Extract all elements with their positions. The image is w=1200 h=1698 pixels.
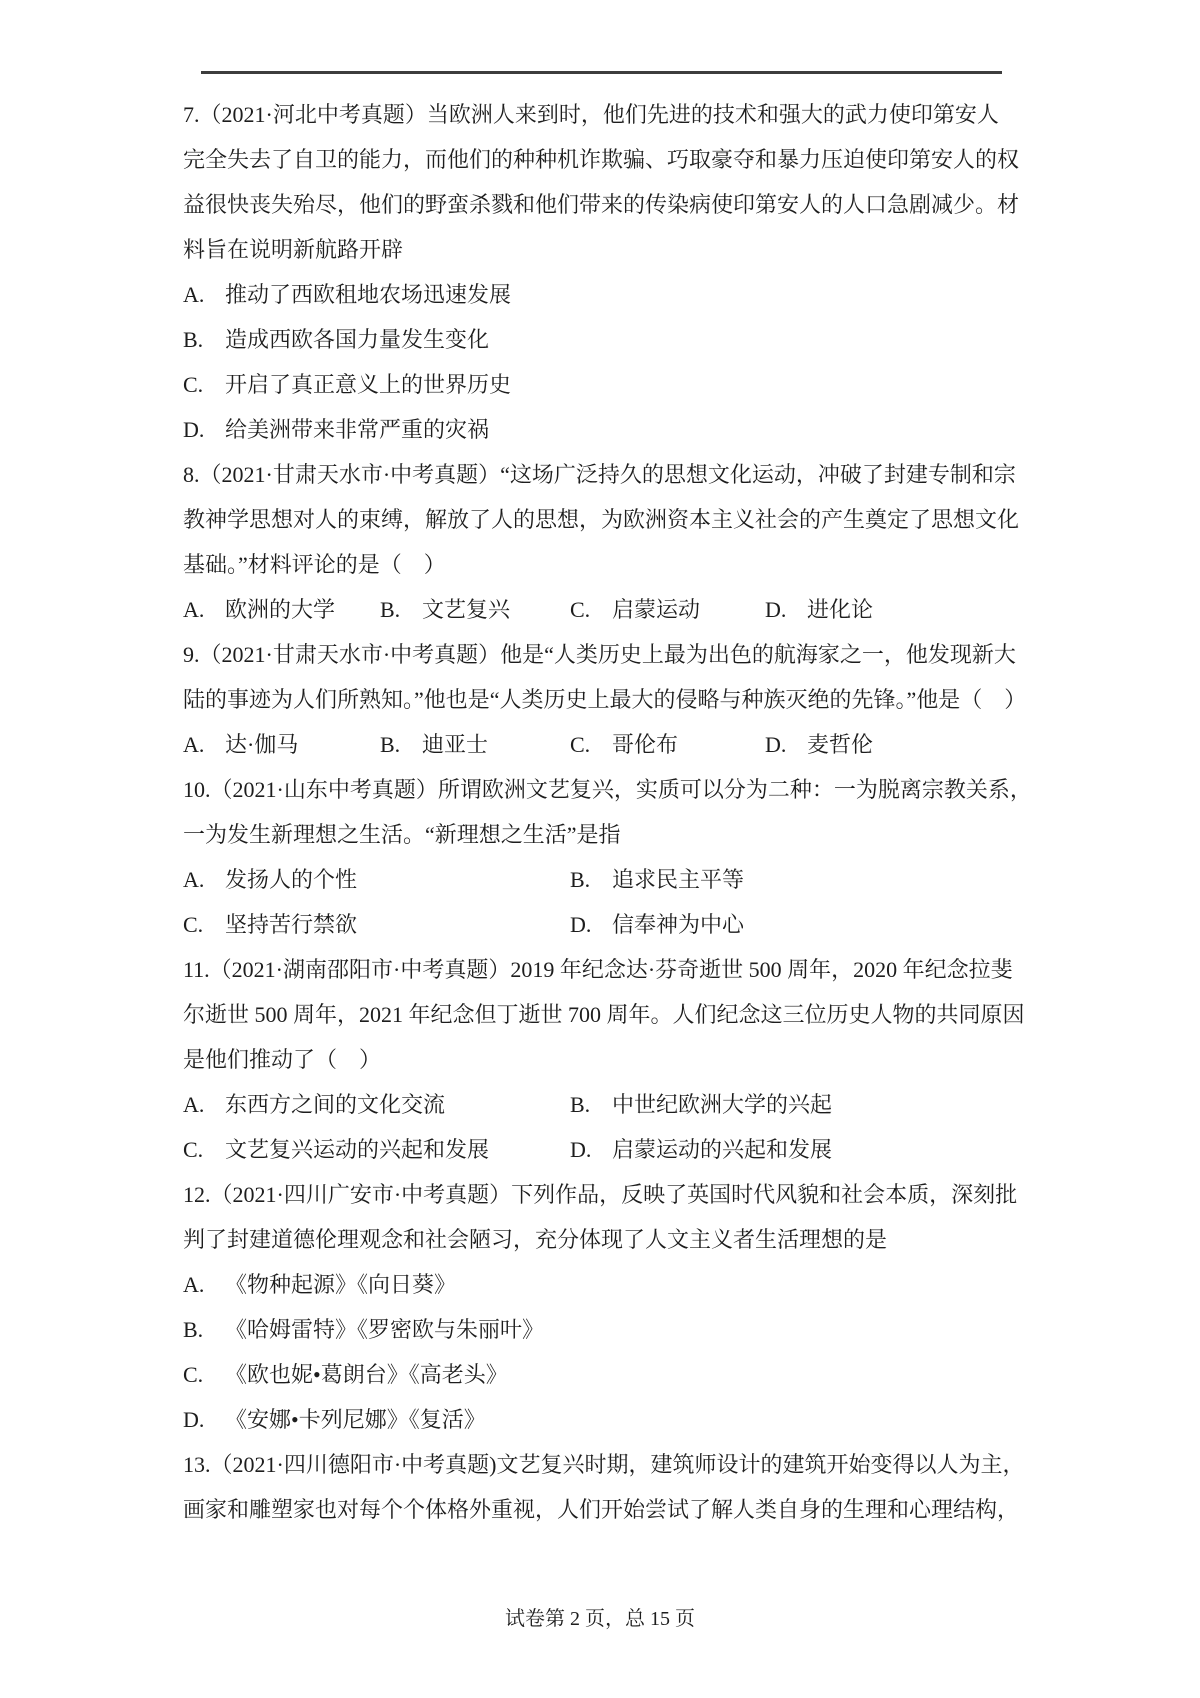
question-stem-line: 一为发生新理想之生活。“新理想之生活”是指	[183, 812, 1019, 857]
option-text: 《欧也妮•葛朗台》《高老头》	[225, 1362, 508, 1387]
question-stem-line: 11.（2021·湖南邵阳市·中考真题）2019 年纪念达·芬奇逝世 500 周…	[183, 947, 1019, 992]
option-label: D.	[570, 902, 612, 947]
option-text: 开启了真正意义上的世界历史	[225, 372, 511, 397]
option-label: D.	[570, 1127, 612, 1172]
option-text: 给美洲带来非常严重的灾祸	[225, 417, 489, 442]
option-c: C.开启了真正意义上的世界历史	[183, 362, 1019, 407]
question-stem-line: 是他们推动了（ ）	[183, 1037, 1019, 1082]
option-text: 中世纪欧洲大学的兴起	[612, 1092, 832, 1117]
option-d: D.给美洲带来非常严重的灾祸	[183, 407, 1019, 452]
option-b: B.中世纪欧洲大学的兴起	[570, 1082, 1019, 1127]
option-a: A.推动了西欧租地农场迅速发展	[183, 272, 1019, 317]
question-7: 7.（2021·河北中考真题）当欧洲人来到时，他们先进的技术和强大的武力使印第安…	[183, 92, 1019, 452]
question-stem-line: 13.（2021·四川德阳市·中考真题)文艺复兴时期，建筑师设计的建筑开始变得以…	[183, 1442, 1019, 1487]
option-label: B.	[183, 1307, 225, 1352]
option-c: C.《欧也妮•葛朗台》《高老头》	[183, 1352, 1019, 1397]
option-text: 文艺复兴	[422, 597, 510, 622]
option-label: D.	[765, 587, 807, 632]
option-label: B.	[380, 722, 422, 767]
question-stem-line: 8.（2021·甘肃天水市·中考真题）“这场广泛持久的思想文化运动，冲破了封建专…	[183, 452, 1019, 497]
question-11: 11.（2021·湖南邵阳市·中考真题）2019 年纪念达·芬奇逝世 500 周…	[183, 947, 1019, 1172]
option-c: C.文艺复兴运动的兴起和发展	[183, 1127, 570, 1172]
option-text: 推动了西欧租地农场迅速发展	[225, 282, 511, 307]
question-12: 12.（2021·四川广安市·中考真题）下列作品，反映了英国时代风貌和社会本质，…	[183, 1172, 1019, 1442]
option-label: C.	[183, 1127, 225, 1172]
question-stem-line: 完全失去了自卫的能力，而他们的种种机诈欺骗、巧取豪夺和暴力压迫使印第安人的权	[183, 137, 1019, 182]
option-text: 启蒙运动	[612, 597, 700, 622]
option-text: 坚持苦行禁欲	[225, 912, 357, 937]
header-rule	[201, 71, 1002, 74]
question-stem-line: 益很快丧失殆尽，他们的野蛮杀戮和他们带来的传染病使印第安人的人口急剧减少。材	[183, 182, 1019, 227]
option-label: A.	[183, 722, 225, 767]
question-stem-line: 基础。”材料评论的是（ ）	[183, 542, 1019, 587]
option-label: B.	[183, 317, 225, 362]
option-text: 信奉神为中心	[612, 912, 744, 937]
option-b: B.迪亚士	[380, 722, 570, 767]
options-row: A.欧洲的大学 B.文艺复兴 C.启蒙运动 D.进化论	[183, 587, 1019, 632]
question-10: 10.（2021·山东中考真题）所谓欧洲文艺复兴，实质可以分为二种：一为脱离宗教…	[183, 767, 1019, 947]
option-d: D.《安娜•卡列尼娜》《复活》	[183, 1397, 1019, 1442]
option-text: 追求民主平等	[612, 867, 744, 892]
option-b: B.追求民主平等	[570, 857, 1019, 902]
option-d: D.进化论	[765, 587, 1019, 632]
option-d: D.信奉神为中心	[570, 902, 1019, 947]
option-text: 启蒙运动的兴起和发展	[612, 1137, 832, 1162]
option-label: B.	[570, 857, 612, 902]
question-stem-line: 尔逝世 500 周年，2021 年纪念但丁逝世 700 周年。人们纪念这三位历史…	[183, 992, 1019, 1037]
option-b: B.造成西欧各国力量发生变化	[183, 317, 1019, 362]
question-stem-line: 陆的事迹为人们所熟知。”他也是“人类历史上最大的侵略与种族灭绝的先锋。”他是（ …	[183, 677, 1019, 722]
options-row: A.达·伽马 B.迪亚士 C.哥伦布 D.麦哲伦	[183, 722, 1019, 767]
option-text: 达·伽马	[225, 732, 298, 757]
option-text: 麦哲伦	[807, 732, 873, 757]
option-label: B.	[570, 1082, 612, 1127]
page-footer: 试卷第 2 页，总 15 页	[0, 1597, 1200, 1642]
option-b: B.《哈姆雷特》《罗密欧与朱丽叶》	[183, 1307, 1019, 1352]
question-stem-line: 10.（2021·山东中考真题）所谓欧洲文艺复兴，实质可以分为二种：一为脱离宗教…	[183, 767, 1019, 812]
option-label: A.	[183, 857, 225, 902]
option-text: 东西方之间的文化交流	[225, 1092, 445, 1117]
option-text: 《安娜•卡列尼娜》《复活》	[225, 1407, 486, 1432]
exam-document-page: { "colors": { "background": "#ffffff", "…	[0, 0, 1200, 1698]
option-label: A.	[183, 272, 225, 317]
option-c: C.启蒙运动	[570, 587, 765, 632]
option-label: C.	[570, 587, 612, 632]
question-stem-line: 9.（2021·甘肃天水市·中考真题）他是“人类历史上最为出色的航海家之一，他发…	[183, 632, 1019, 677]
options-grid: A.东西方之间的文化交流 B.中世纪欧洲大学的兴起 C.文艺复兴运动的兴起和发展…	[183, 1082, 1019, 1172]
option-label: A.	[183, 1262, 225, 1307]
option-label: D.	[765, 722, 807, 767]
question-13: 13.（2021·四川德阳市·中考真题)文艺复兴时期，建筑师设计的建筑开始变得以…	[183, 1442, 1019, 1532]
question-stem-line: 12.（2021·四川广安市·中考真题）下列作品，反映了英国时代风貌和社会本质，…	[183, 1172, 1019, 1217]
option-text: 迪亚士	[422, 732, 488, 757]
option-a: A.欧洲的大学	[183, 587, 380, 632]
option-d: D.启蒙运动的兴起和发展	[570, 1127, 1019, 1172]
option-c: C.哥伦布	[570, 722, 765, 767]
option-text: 欧洲的大学	[225, 597, 335, 622]
question-stem-line: 判了封建道德伦理观念和社会陋习，充分体现了人文主义者生活理想的是	[183, 1217, 1019, 1262]
option-b: B.文艺复兴	[380, 587, 570, 632]
option-label: C.	[570, 722, 612, 767]
option-text: 进化论	[807, 597, 873, 622]
option-label: D.	[183, 1397, 225, 1442]
option-text: 哥伦布	[612, 732, 678, 757]
question-stem-line: 教神学思想对人的束缚，解放了人的思想，为欧洲资本主义社会的产生奠定了思想文化	[183, 497, 1019, 542]
option-text: 文艺复兴运动的兴起和发展	[225, 1137, 489, 1162]
option-label: C.	[183, 902, 225, 947]
option-a: A.东西方之间的文化交流	[183, 1082, 570, 1127]
question-8: 8.（2021·甘肃天水市·中考真题）“这场广泛持久的思想文化运动，冲破了封建专…	[183, 452, 1019, 632]
question-stem-line: 画家和雕塑家也对每个个体格外重视，人们开始尝试了解人类自身的生理和心理结构，	[183, 1487, 1019, 1532]
question-stem-line: 料旨在说明新航路开辟	[183, 227, 1019, 272]
option-label: D.	[183, 407, 225, 452]
question-stem-line: 7.（2021·河北中考真题）当欧洲人来到时，他们先进的技术和强大的武力使印第安…	[183, 92, 1019, 137]
option-text: 造成西欧各国力量发生变化	[225, 327, 489, 352]
option-a: A.达·伽马	[183, 722, 380, 767]
option-d: D.麦哲伦	[765, 722, 1019, 767]
option-text: 《物种起源》《向日葵》	[225, 1272, 456, 1297]
questions-area: 7.（2021·河北中考真题）当欧洲人来到时，他们先进的技术和强大的武力使印第安…	[183, 92, 1019, 1532]
option-label: C.	[183, 362, 225, 407]
question-9: 9.（2021·甘肃天水市·中考真题）他是“人类历史上最为出色的航海家之一，他发…	[183, 632, 1019, 767]
option-label: C.	[183, 1352, 225, 1397]
option-text: 发扬人的个性	[225, 867, 357, 892]
options-grid: A.发扬人的个性 B.追求民主平等 C.坚持苦行禁欲 D.信奉神为中心	[183, 857, 1019, 947]
option-text: 《哈姆雷特》《罗密欧与朱丽叶》	[225, 1317, 544, 1342]
option-a: A.《物种起源》《向日葵》	[183, 1262, 1019, 1307]
option-label: B.	[380, 587, 422, 632]
option-c: C.坚持苦行禁欲	[183, 902, 570, 947]
option-label: A.	[183, 1082, 225, 1127]
option-label: A.	[183, 587, 225, 632]
option-a: A.发扬人的个性	[183, 857, 570, 902]
